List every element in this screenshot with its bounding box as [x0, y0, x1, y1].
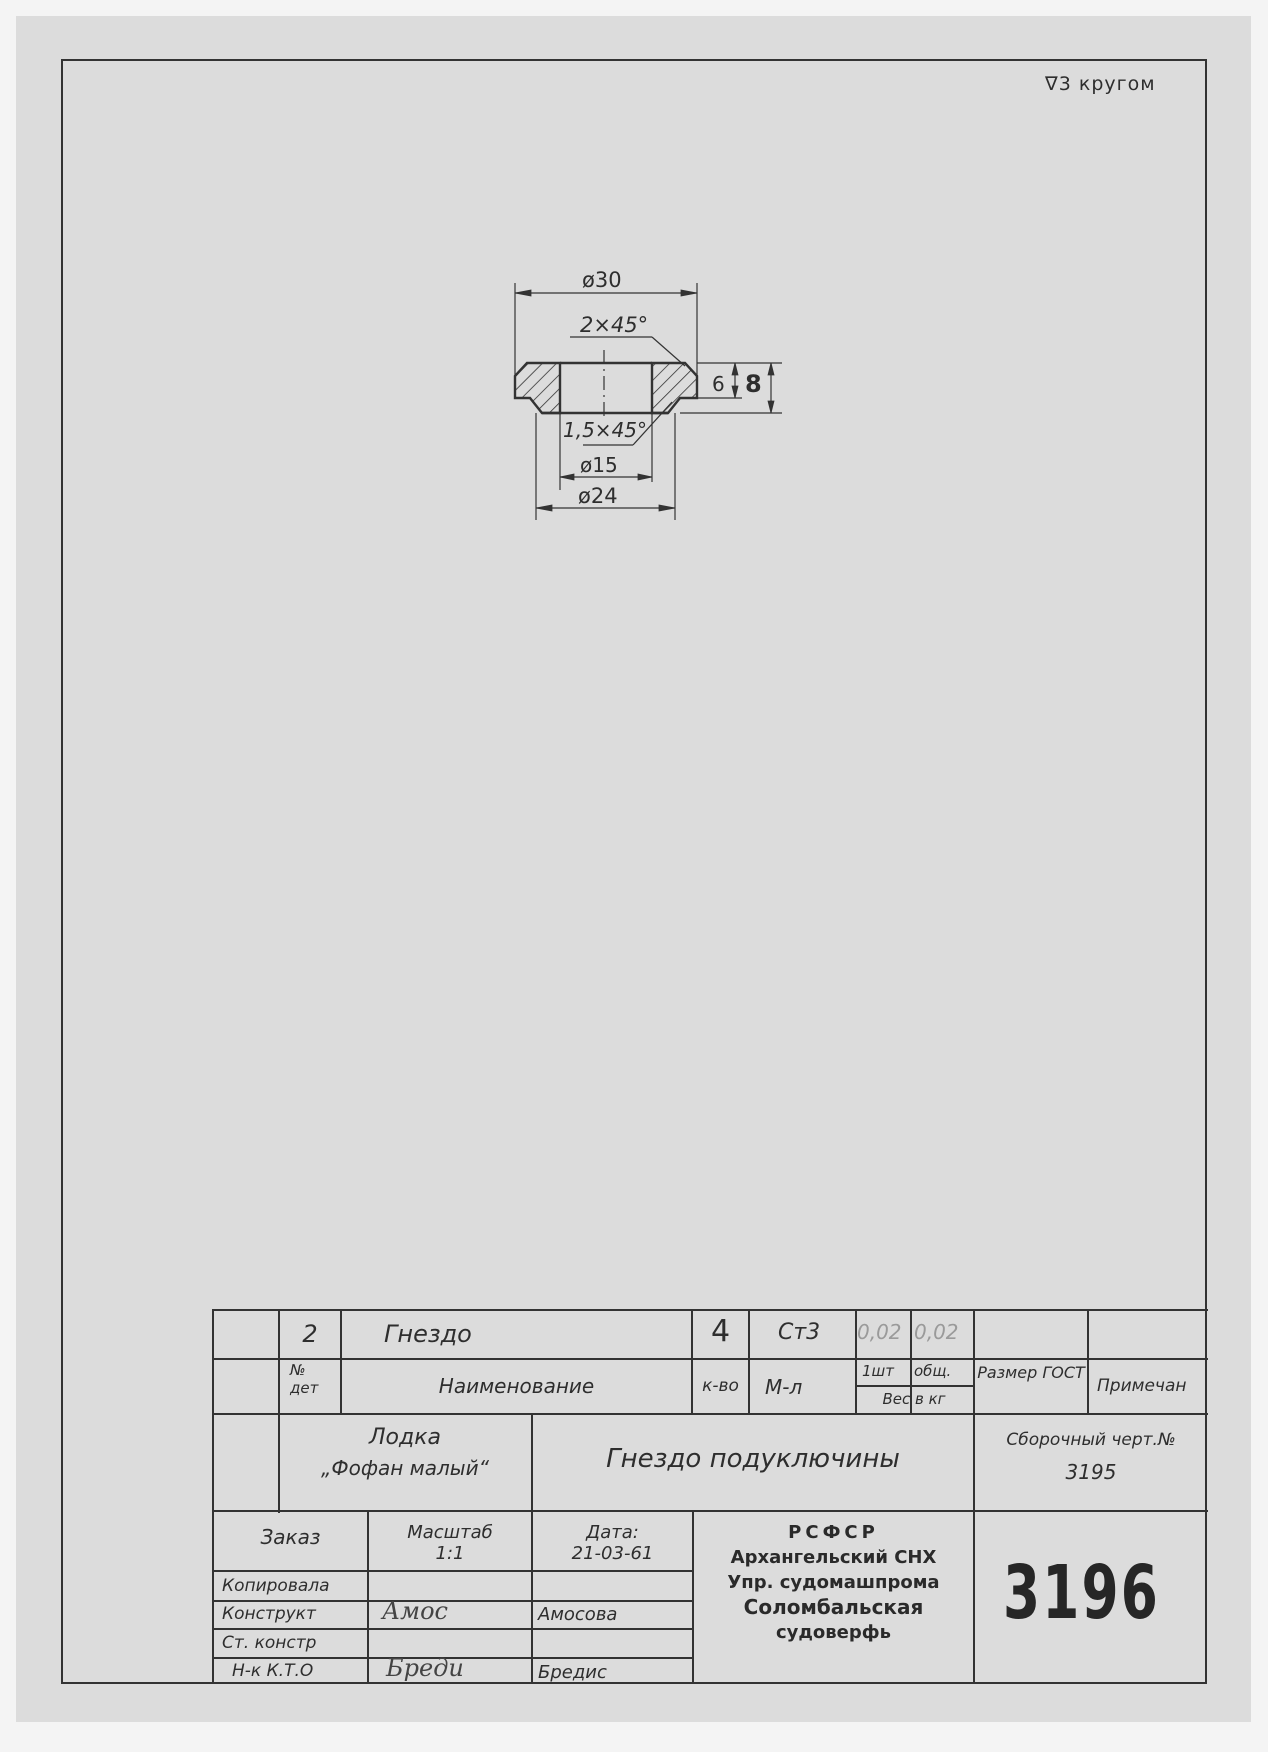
part-quantity: 4 [693, 1314, 748, 1349]
part-material: Ст3 [778, 1320, 820, 1345]
dim-top-chamfer: 2×45° [580, 313, 648, 337]
role-copied: Копировала [222, 1576, 330, 1596]
dim-outer-diameter: ø30 [582, 268, 622, 292]
scale-label: Масштаб [369, 1522, 531, 1543]
date-value: 21-03-61 [533, 1543, 692, 1564]
part-name: Гнездо [384, 1320, 472, 1348]
dim-flange-height: 6 [712, 372, 725, 396]
role-head-kto: Н-к К.Т.О [232, 1661, 313, 1681]
scale-value: 1:1 [369, 1543, 531, 1564]
dim-total-height: 8 [745, 370, 762, 398]
dim-shoulder-diameter: ø24 [578, 484, 618, 508]
org-line-5: судоверфь [694, 1620, 973, 1645]
assembly-label: Сборочный черт.№ [975, 1430, 1207, 1450]
product-line2: „Фофан малый“ [280, 1456, 530, 1480]
header-name: Наименование [342, 1374, 691, 1398]
product-line1: Лодка [280, 1425, 530, 1450]
org-line-4: Соломбальская [694, 1595, 973, 1620]
header-weight-total: общ. [914, 1362, 951, 1380]
header-note: Примечан [1097, 1376, 1207, 1396]
head-signature: Бреди [386, 1654, 464, 1682]
drawing-number: 3196 [1003, 1550, 1160, 1636]
organization-block: РСФСР Архангельский СНХ Упр. судомашпром… [694, 1520, 973, 1645]
designer-name: Амосова [538, 1604, 617, 1625]
header-material: М-л [765, 1375, 802, 1399]
header-detail-no: № дет [290, 1361, 338, 1397]
role-senior-designer: Ст. констр [222, 1633, 316, 1653]
order-label: Заказ [214, 1525, 367, 1549]
dim-bottom-chamfer: 1,5×45° [563, 418, 647, 442]
designer-signature: Амос [382, 1597, 448, 1625]
header-size-gost: Размер ГОСТ [976, 1364, 1086, 1381]
assembly-number: 3195 [975, 1460, 1207, 1484]
part-section-drawing [0, 0, 1268, 1752]
detail-number: 2 [280, 1320, 340, 1348]
header-weight-one: 1шт [862, 1362, 894, 1380]
org-line-3: Упр. судомашпрома [694, 1570, 973, 1595]
header-quantity: к-во [693, 1376, 748, 1396]
weight-one: 0,02 [857, 1320, 902, 1344]
head-name: Бредис [538, 1662, 607, 1683]
date-label: Дата: [533, 1522, 692, 1543]
header-weight-label: Вес в кг [855, 1390, 973, 1408]
role-designer: Конструкт [222, 1604, 316, 1624]
org-line-1: РСФСР [694, 1520, 973, 1545]
drawing-title: Гнездо подуключины [533, 1444, 973, 1474]
weight-total: 0,02 [914, 1320, 959, 1344]
org-line-2: Архангельский СНХ [694, 1545, 973, 1570]
dim-bore-diameter: ø15 [580, 453, 618, 477]
